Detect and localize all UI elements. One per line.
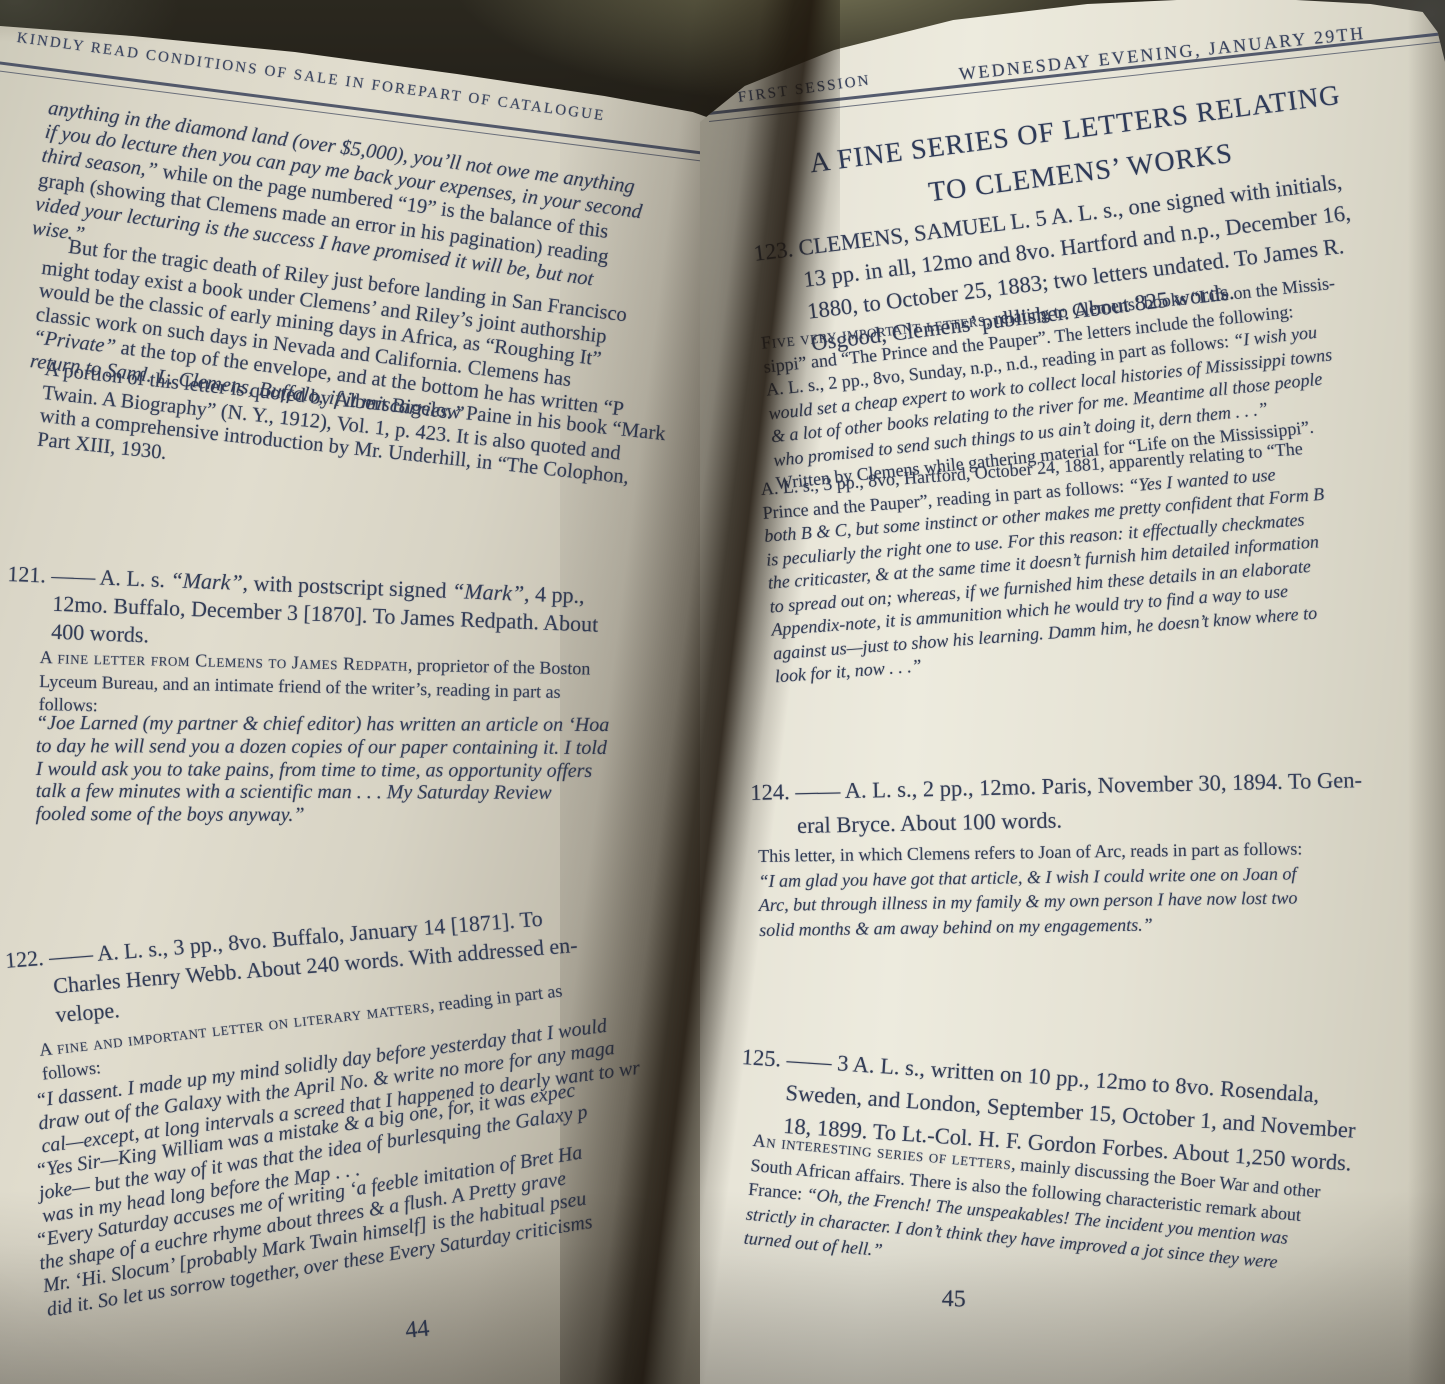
text-line: fooled some of the boys anyway.” [36, 803, 609, 828]
text-segment: 121. —— A. L. s. [7, 561, 171, 592]
text-line: “Joe Larned (my partner & chief editor) … [36, 712, 609, 737]
text-segment: “Mark” [452, 578, 525, 606]
text-segment: “Mark” [170, 567, 243, 595]
lot-124-heading: 124. —— A. L. s., 2 pp., 12mo. Paris, No… [750, 763, 1363, 844]
text-segment: France: [748, 1179, 808, 1204]
text-segment: , 4 pp., [524, 581, 585, 608]
text-segment: , proprietor of the Boston [408, 655, 591, 679]
photo-of-open-auction-catalogue: KINDLY READ CONDITIONS OF SALE IN FOREPA… [0, 0, 1445, 1384]
left-page: KINDLY READ CONDITIONS OF SALE IN FOREPA… [0, 0, 737, 1384]
lot-124-note: This letter, in which Clemens refers to … [758, 836, 1303, 942]
left-page-number: 44 [404, 1315, 431, 1344]
right-page: FIRST SESSION WEDNESDAY EVENING, JANUARY… [700, 0, 1445, 1384]
lot-123-note-part-2: A. L. s., 3 pp., 8vo, Hartford, October … [760, 436, 1336, 689]
text-line: I would ask you to take pains, from time… [36, 758, 609, 783]
lot-121-letter-quote: “Joe Larned (my partner & chief editor) … [36, 712, 610, 828]
right-page-number: 45 [942, 1286, 966, 1313]
text-line: to day he will send you a dozen copies o… [36, 735, 609, 760]
text-line: talk a few minutes with a scientific man… [36, 780, 609, 805]
